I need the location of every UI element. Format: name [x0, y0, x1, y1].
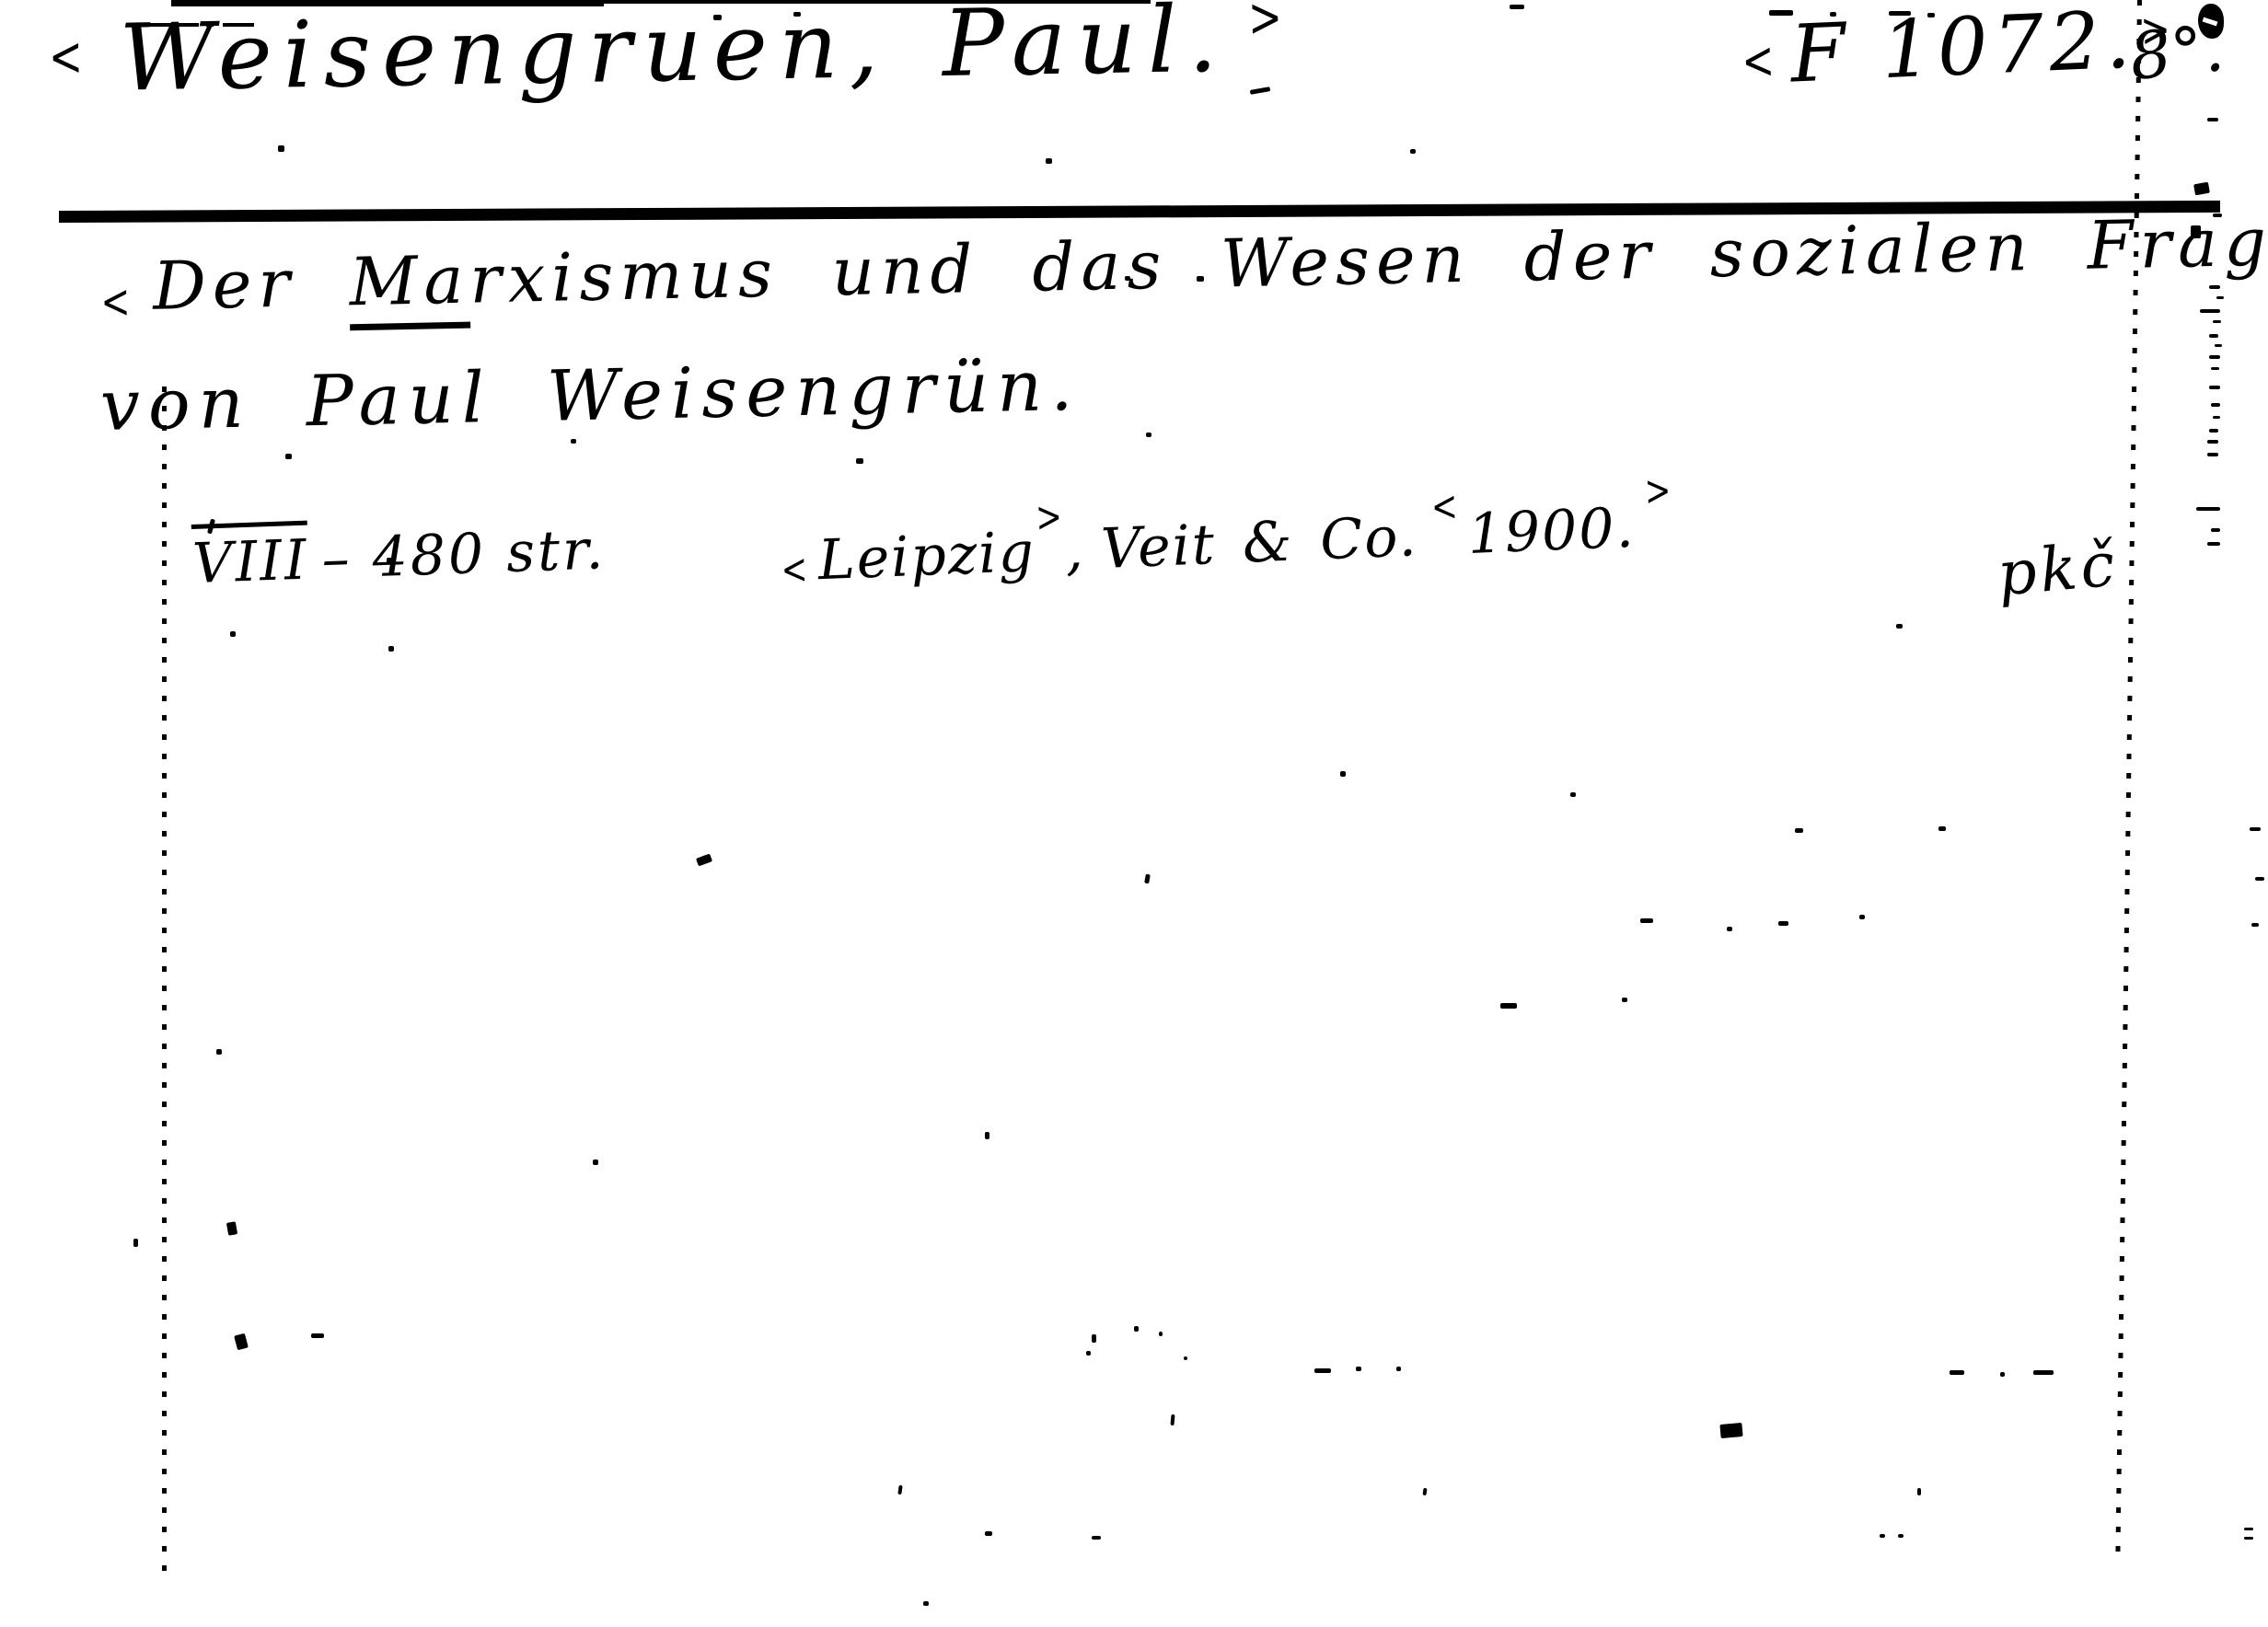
noise-speck: [1340, 771, 1346, 777]
noise-speck: [311, 1333, 324, 1338]
noise-speck: [230, 631, 236, 637]
noise-speck: [2244, 1537, 2253, 1540]
noise-speck: [1727, 927, 1732, 931]
noise-speck: [2209, 386, 2220, 389]
noise-speck: [2207, 440, 2218, 444]
noise-speck: [1356, 1367, 1361, 1371]
noise-speck: [2213, 213, 2222, 217]
title-text: Der: [152, 243, 350, 324]
left-margin-dotted-line: [162, 387, 167, 1581]
noise-speck: [2209, 285, 2220, 289]
noise-speck: [593, 1160, 598, 1165]
noise-speck: [1396, 1367, 1401, 1371]
noise-speck: [1410, 149, 1416, 154]
noise-speck: [985, 1531, 992, 1536]
page-count: – 480 str.: [320, 517, 607, 592]
noise-speck: [1859, 915, 1865, 919]
noise-speck: [1159, 1332, 1163, 1336]
noise-speck: [1927, 13, 1935, 17]
noise-speck: [2033, 1370, 2054, 1375]
noise-speck: [696, 854, 712, 867]
title-underlined-text: Ma: [349, 241, 471, 331]
noise-speck: [2255, 877, 2264, 881]
statement-line: von Paul Weisengrün.: [99, 344, 1082, 446]
noise-speck: [1092, 1536, 1101, 1540]
noise-speck: [1622, 998, 1627, 1002]
angle-close-mark: >: [1644, 466, 1674, 516]
noise-speck: [1917, 1488, 1921, 1495]
angle-open-mark: <: [781, 545, 811, 595]
noise-speck: [234, 1333, 249, 1351]
noise-speck: [923, 1601, 929, 1606]
noise-speck: [1134, 1326, 1139, 1332]
noise-speck: [2216, 296, 2224, 299]
noise-speck: [2196, 507, 2220, 511]
noise-speck: [133, 1239, 138, 1247]
noise-speck: [2209, 429, 2218, 433]
noise-speck: [1938, 826, 1946, 831]
noise-speck: [1086, 1351, 1091, 1356]
imprint-line: <Leipzig>,Veit & Co.<1900.>: [779, 472, 1675, 594]
noise-speck: [1896, 624, 1903, 629]
noise-speck: [2213, 320, 2221, 323]
noise-speck: [216, 1049, 222, 1055]
call-number-line: <F 1072.>: [1740, 0, 2178, 103]
angle-open-mark: <: [1741, 29, 1781, 92]
noise-speck: [2191, 225, 2201, 238]
noise-speck: [226, 1221, 237, 1236]
noise-speck: [2251, 923, 2259, 927]
noise-speck: [1144, 874, 1151, 884]
noise-speck: [1500, 1003, 1517, 1009]
noise-speck: [1170, 1414, 1174, 1425]
noise-speck: [388, 646, 394, 652]
noise-speck: [2207, 118, 2218, 121]
noise-speck: [2215, 344, 2222, 347]
noise-speck: [571, 439, 576, 444]
noise-speck: [387, 558, 392, 563]
angle-close-mark: >: [1035, 492, 1065, 543]
noise-speck: [2211, 528, 2220, 532]
noise-speck: [2213, 416, 2220, 419]
noise-speck: [278, 145, 284, 152]
noise-speck: [1510, 5, 1524, 9]
noise-speck: [1314, 1368, 1331, 1373]
noise-speck: [1795, 828, 1803, 833]
comma: ,: [1064, 518, 1086, 583]
noise-speck: [1125, 276, 1130, 281]
noise-speck: [1950, 1370, 1964, 1375]
noise-speck: [1889, 11, 1911, 16]
publisher: Veit & Co.: [1100, 504, 1419, 582]
noise-speck: [1046, 158, 1052, 164]
angle-close-mark: >: [1247, 0, 1293, 50]
ink-stamp-mark: [2198, 4, 2224, 39]
noise-speck: [1898, 1534, 1903, 1538]
noise-speck: [2211, 367, 2219, 370]
noise-speck: [897, 1485, 902, 1494]
noise-speck: [2207, 542, 2220, 546]
noise-speck: [1778, 921, 1788, 926]
noise-speck: [985, 1132, 989, 1139]
noise-speck: [2209, 334, 2218, 338]
noise-speck: [713, 15, 722, 20]
author-heading: Weisengruen, Paul.: [119, 0, 1230, 112]
publication-year: 1900.: [1466, 496, 1636, 567]
catalog-card: <Weisengruen, Paul.> <F 1072.> 8°. <Der …: [0, 0, 2268, 1627]
noise-speck: [1184, 1356, 1187, 1360]
angle-open-mark: <: [1430, 481, 1461, 532]
noise-speck: [2000, 1372, 2005, 1377]
noise-speck: [2250, 827, 2261, 831]
heading-line: <Weisengruen, Paul.>: [48, 0, 1294, 113]
angle-open-mark: <: [48, 25, 94, 89]
noise-speck: [856, 458, 863, 464]
noise-speck: [1880, 1534, 1885, 1538]
noise-speck: [2209, 355, 2220, 359]
noise-speck: [1146, 433, 1151, 437]
noise-speck: [1769, 10, 1793, 16]
noise-speck: [285, 454, 292, 459]
noise-speck: [2200, 309, 2220, 313]
noise-speck: [1092, 1334, 1096, 1343]
noise-speck: [1197, 276, 1204, 282]
annotation-mark: pkč: [1995, 528, 2121, 609]
noise-speck: [1570, 792, 1576, 797]
noise-speck: [2211, 403, 2220, 407]
angle-open-mark: <: [100, 273, 137, 329]
noise-speck: [1640, 918, 1653, 923]
noise-speck: [1422, 1488, 1427, 1495]
collation-line: VIII– 480 str.: [191, 517, 607, 596]
noise-speck: [1719, 1423, 1742, 1438]
noise-speck: [1830, 12, 1836, 17]
call-number: F 1072.: [1788, 0, 2137, 101]
noise-speck: [2244, 1528, 2253, 1530]
noise-speck: [793, 12, 801, 17]
noise-speck: [2207, 453, 2218, 456]
publication-place: Leipzig: [816, 520, 1036, 593]
